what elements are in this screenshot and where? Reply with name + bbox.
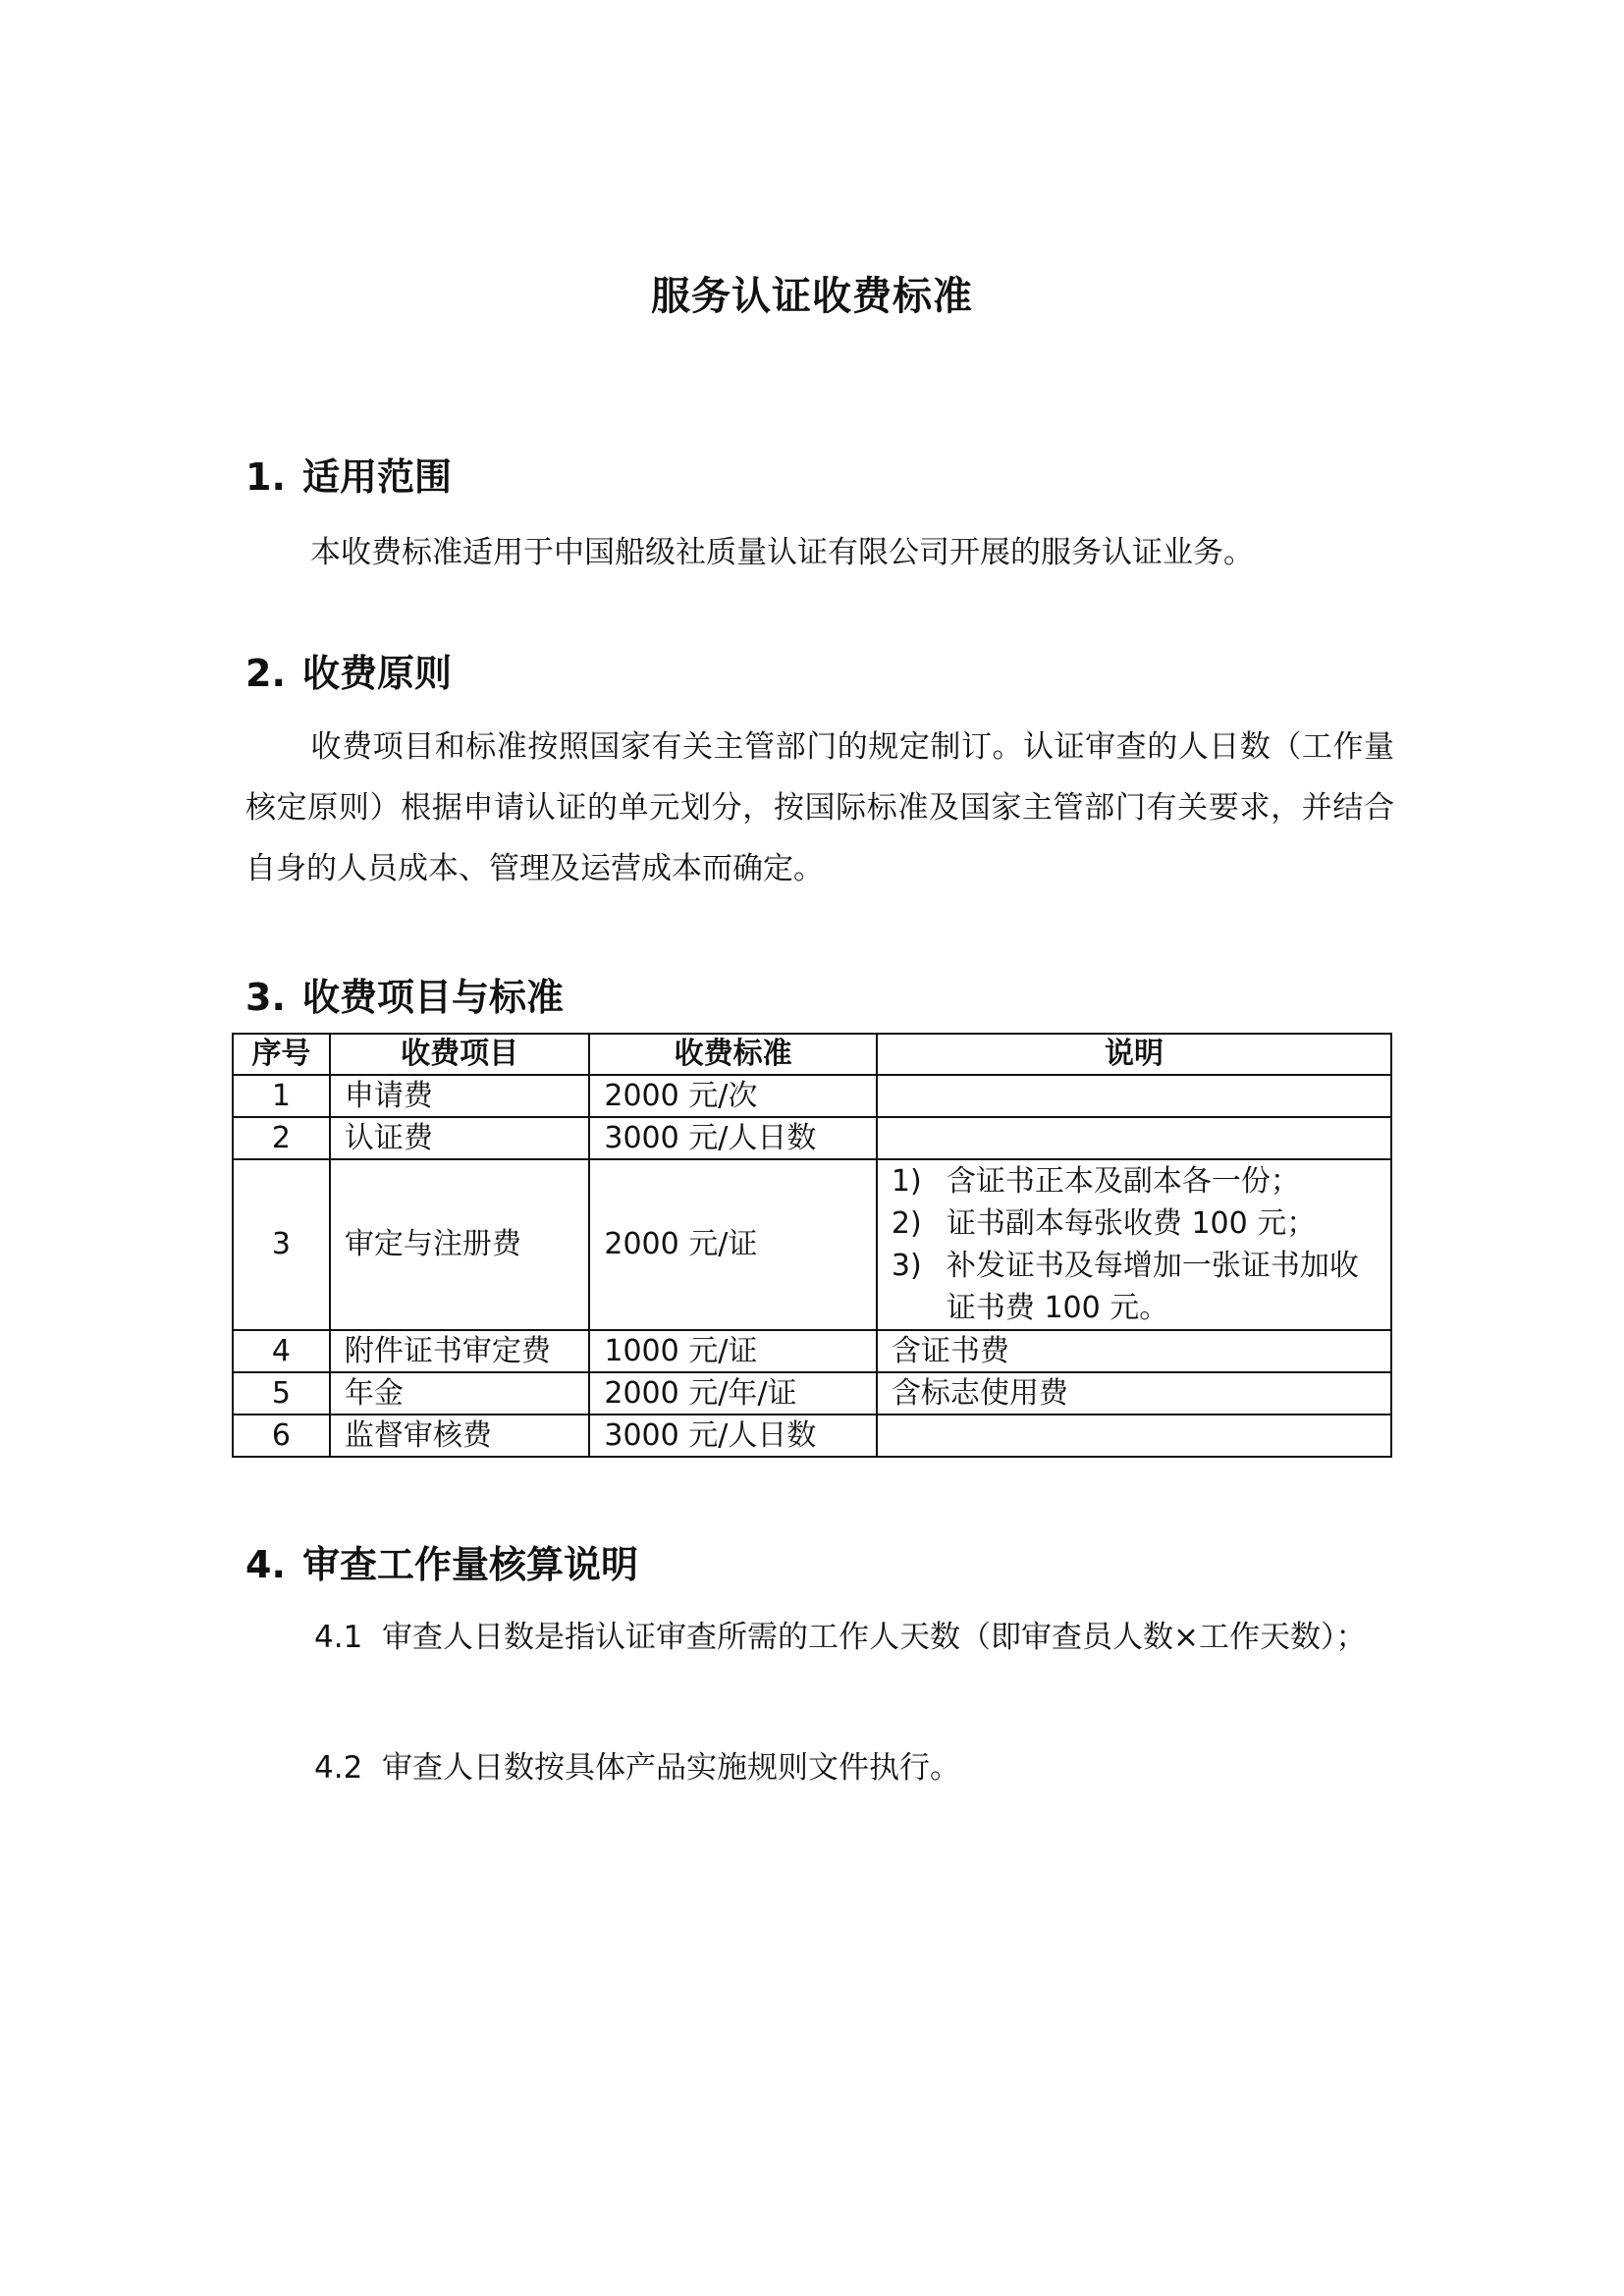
item-text: 审查人日数是指认证审查所需的工作人天数（即审查员人数×工作天数）； <box>382 1620 1366 1655</box>
section-2-heading: 2.收费原则 <box>245 643 452 697</box>
section-1-heading: 1.适用范围 <box>245 447 452 501</box>
section-title: 审查工作量核算说明 <box>302 1543 638 1586</box>
table-row: 4 附件证书审定费 1000 元/证 含证书费 <box>233 1330 1391 1372</box>
paragraph-text: 本收费标准适用于中国船级社质量认证有限公司开展的服务认证业务。 <box>310 535 1254 570</box>
header-item: 收费项目 <box>330 1034 589 1075</box>
section-4-item-1: 4.1 审查人日数是指认证审查所需的工作人天数（即审查员人数×工作天数）； <box>245 1607 1394 1668</box>
section-title: 收费项目与标准 <box>302 976 564 1019</box>
section-4-item-2: 4.2 审查人日数按具体产品实施规则文件执行。 <box>245 1737 1394 1798</box>
cell-item: 申请费 <box>330 1075 589 1117</box>
note-item: 2)证书副本每张收费 100 元； <box>892 1202 1377 1245</box>
section-number: 4. <box>245 1543 302 1586</box>
cell-note <box>877 1117 1391 1159</box>
section-4-heading: 4.审查工作量核算说明 <box>245 1534 638 1588</box>
note-item: 3)补发证书及每增加一张证书加收证书费 100 元。 <box>892 1245 1377 1329</box>
section-3-heading: 3.收费项目与标准 <box>245 967 564 1021</box>
note-list: 1)含证书正本及副本各一份； 2)证书副本每张收费 100 元； 3)补发证书及… <box>892 1160 1377 1329</box>
fee-table: 序号 收费项目 收费标准 说明 1 申请费 2000 元/次 2 认证费 300… <box>232 1033 1392 1458</box>
table-row: 6 监督审核费 3000 元/人日数 <box>233 1415 1391 1457</box>
item-text: 审查人日数按具体产品实施规则文件执行。 <box>382 1750 960 1786</box>
cell-standard: 3000 元/人日数 <box>589 1117 877 1159</box>
cell-no: 2 <box>233 1117 330 1159</box>
header-no: 序号 <box>233 1034 330 1075</box>
cell-item: 监督审核费 <box>330 1415 589 1457</box>
cell-standard: 3000 元/人日数 <box>589 1415 877 1457</box>
cell-note-list: 1)含证书正本及副本各一份； 2)证书副本每张收费 100 元； 3)补发证书及… <box>877 1159 1391 1330</box>
table-row: 2 认证费 3000 元/人日数 <box>233 1117 1391 1159</box>
cell-no: 4 <box>233 1330 330 1372</box>
cell-standard: 2000 元/年/证 <box>589 1372 877 1415</box>
table-header-row: 序号 收费项目 收费标准 说明 <box>233 1034 1391 1075</box>
cell-item: 附件证书审定费 <box>330 1330 589 1372</box>
cell-note: 含标志使用费 <box>877 1372 1391 1415</box>
table-row: 5 年金 2000 元/年/证 含标志使用费 <box>233 1372 1391 1415</box>
cell-no: 6 <box>233 1415 330 1457</box>
header-standard: 收费标准 <box>589 1034 877 1075</box>
header-note: 说明 <box>877 1034 1391 1075</box>
cell-note <box>877 1075 1391 1117</box>
section-title: 收费原则 <box>302 652 452 695</box>
section-1-paragraph: 本收费标准适用于中国船级社质量认证有限公司开展的服务认证业务。 <box>245 522 1394 583</box>
section-title: 适用范围 <box>302 455 452 499</box>
table-row: 3 审定与注册费 2000 元/证 1)含证书正本及副本各一份； 2)证书副本每… <box>233 1159 1391 1330</box>
cell-no: 1 <box>233 1075 330 1117</box>
section-number: 3. <box>245 976 302 1019</box>
item-number: 4.1 <box>314 1620 362 1655</box>
cell-item: 认证费 <box>330 1117 589 1159</box>
cell-standard: 2000 元/次 <box>589 1075 877 1117</box>
section-number: 2. <box>245 652 302 695</box>
cell-note <box>877 1415 1391 1457</box>
section-number: 1. <box>245 455 302 499</box>
cell-note: 含证书费 <box>877 1330 1391 1372</box>
cell-item: 审定与注册费 <box>330 1159 589 1330</box>
cell-no: 5 <box>233 1372 330 1415</box>
paragraph-text: 收费项目和标准按照国家有关主管部门的规定制订。认证审查的人日数（工作量核定原则）… <box>245 729 1394 886</box>
note-item: 1)含证书正本及副本各一份； <box>892 1160 1377 1202</box>
cell-no: 3 <box>233 1159 330 1330</box>
cell-standard: 2000 元/证 <box>589 1159 877 1330</box>
cell-item: 年金 <box>330 1372 589 1415</box>
cell-standard: 1000 元/证 <box>589 1330 877 1372</box>
table-row: 1 申请费 2000 元/次 <box>233 1075 1391 1117</box>
section-2-paragraph: 收费项目和标准按照国家有关主管部门的规定制订。认证审查的人日数（工作量核定原则）… <box>245 717 1394 899</box>
item-number: 4.2 <box>314 1750 362 1786</box>
document-title: 服务认证收费标准 <box>0 265 1624 321</box>
